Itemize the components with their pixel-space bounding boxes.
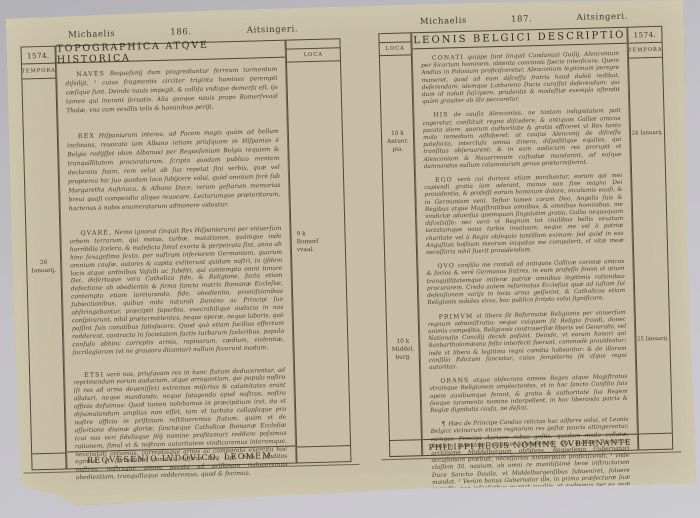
paragraph: HIS de cauſis Alenconius, ne tantam indi… bbox=[422, 107, 621, 171]
paragraph-lead: HIS bbox=[433, 112, 448, 119]
paragraph: ORANS atque obſecrans omnes Reges atque … bbox=[429, 373, 628, 415]
running-head-work: Aitsingeri. bbox=[576, 12, 628, 23]
running-head-author: Michaelis bbox=[68, 29, 115, 40]
pilcrow-mark: ¶ bbox=[441, 421, 446, 428]
paragraph: PRIMVM vt libera ſit Reformatæ Religioni… bbox=[428, 308, 627, 372]
right-page-body: CONATI quippe ſunt (inquit Candanus) Gui… bbox=[413, 44, 639, 502]
left-page-loca-column: LOCA 9 k Romerſ vvaal. bbox=[285, 39, 350, 462]
paragraph-text: conſilio me contuli ad antiquos Gallicæ … bbox=[427, 259, 626, 306]
margin-note-line: pia. bbox=[382, 145, 413, 154]
paragraph-lead: ETSI bbox=[84, 371, 104, 379]
right-page-text-column: LEONIS BELGICI DESCRIPTIO CONATI quippe … bbox=[411, 28, 638, 456]
year-label: 1574. bbox=[22, 47, 55, 65]
margin-note-line: 24 Ianuarij. bbox=[631, 129, 664, 138]
year-label: 1574. bbox=[628, 27, 661, 44]
paragraph-text: de cauſis Alenconius, ne tantam indignit… bbox=[423, 108, 622, 170]
paragraph-lead: QVO bbox=[437, 263, 455, 270]
margin-note-line: 25 Ianuarij. bbox=[636, 335, 669, 344]
paragraph-lead: REX bbox=[78, 133, 95, 140]
margin-note-place: 9 k Romerſ vvaal. bbox=[291, 229, 345, 254]
tempora-header: TEMPORA bbox=[22, 64, 55, 80]
right-running-head: Michaelis 187. Aitsingeri. bbox=[378, 11, 662, 28]
margin-bottom-cell bbox=[639, 433, 672, 450]
running-head-work: Aitsingeri. bbox=[247, 24, 299, 35]
margin-note-date: 25 Ianuarij. bbox=[636, 335, 669, 344]
paragraph-lead: CONATI bbox=[432, 54, 464, 62]
right-page-frame: LOCA 10 k Antuer. pia. 10 k Middel. burg… bbox=[378, 26, 673, 457]
running-head-author: Michaelis bbox=[420, 16, 467, 27]
left-page-title: TOPOGRAPHICA ATQVE HISTORICA bbox=[57, 41, 285, 64]
paragraph-lead: ORANS bbox=[440, 377, 469, 385]
margin-note-line: burg. bbox=[388, 353, 419, 362]
paragraph: QVARE, Nemo ignorat (inquit Rex Hiſpania… bbox=[69, 225, 284, 357]
running-head-page-number: 187. bbox=[511, 14, 533, 25]
margin-bottom-cell bbox=[32, 453, 65, 470]
loca-header: LOCA bbox=[287, 47, 340, 62]
paragraph-lead: NAVES bbox=[76, 70, 105, 78]
margin-bottom-cell bbox=[390, 439, 421, 456]
running-head-page-number: 186. bbox=[170, 27, 192, 38]
tempora-header: TEMPORA bbox=[629, 43, 662, 59]
left-page-frame: 1574. TEMPORA 26 Ianuarij. LOCA 9 k Rome… bbox=[21, 38, 352, 470]
paragraph: REX Hiſpaniarum interea, ad Pacem magis … bbox=[67, 127, 281, 214]
paragraph: NAVES Requeſenij dum progrediuntur ferre… bbox=[65, 65, 278, 116]
margin-note-date: 26 Ianuarij. bbox=[27, 259, 60, 276]
paragraph-lead: QVARE, bbox=[80, 229, 112, 237]
paragraph-text: Hæc de Principe Candao relictas huc adfe… bbox=[431, 417, 631, 500]
margin-note-place: 10 k Antuer. pia. bbox=[382, 129, 414, 154]
paragraph-lead: EGO bbox=[435, 176, 453, 183]
margin-note-line: vvaal. bbox=[297, 245, 345, 254]
paragraph-text: Hiſpaniarum interea, ad Pacem magis quàm… bbox=[67, 128, 281, 213]
left-page-body: NAVES Requeſenij dum progrediuntur ferre… bbox=[57, 58, 296, 483]
paragraph: EGO verò cui duriora etiam parabantur, e… bbox=[424, 172, 624, 257]
margin-note-place: 10 k Middel. burg. bbox=[387, 337, 419, 362]
margin-note-date: 24 Ianuarij. bbox=[631, 129, 664, 138]
paragraph-text: verò cui duriora etiam parabantur, eorum… bbox=[424, 173, 624, 256]
margin-bottom-cell bbox=[297, 445, 350, 462]
left-page-text-column: TOPOGRAPHICA ATQVE HISTORICA NAVES Reque… bbox=[56, 41, 297, 469]
paper-sheet: Michaelis 186. Aitsingeri. 1574. TEMPORA… bbox=[6, 0, 697, 507]
paragraph-lead: PRIMVM bbox=[439, 312, 474, 320]
scanned-book-spread: { "left_page": { "running_head": { "auth… bbox=[0, 0, 700, 518]
margin-note-line: 26 Ianuarij. bbox=[27, 259, 60, 276]
paragraph-text: Nemo ignorat (inquit Rex Hiſpaniarum) pe… bbox=[70, 225, 285, 356]
paragraph: ¶ Hæc de Principe Candao relictas huc ad… bbox=[430, 416, 630, 501]
paragraph: QVO conſilio me contuli ad antiquos Gall… bbox=[426, 258, 625, 307]
loca-header: LOCA bbox=[380, 41, 411, 56]
paragraph: CONATI quippe ſunt (inquit Candanus) Gui… bbox=[421, 50, 620, 107]
